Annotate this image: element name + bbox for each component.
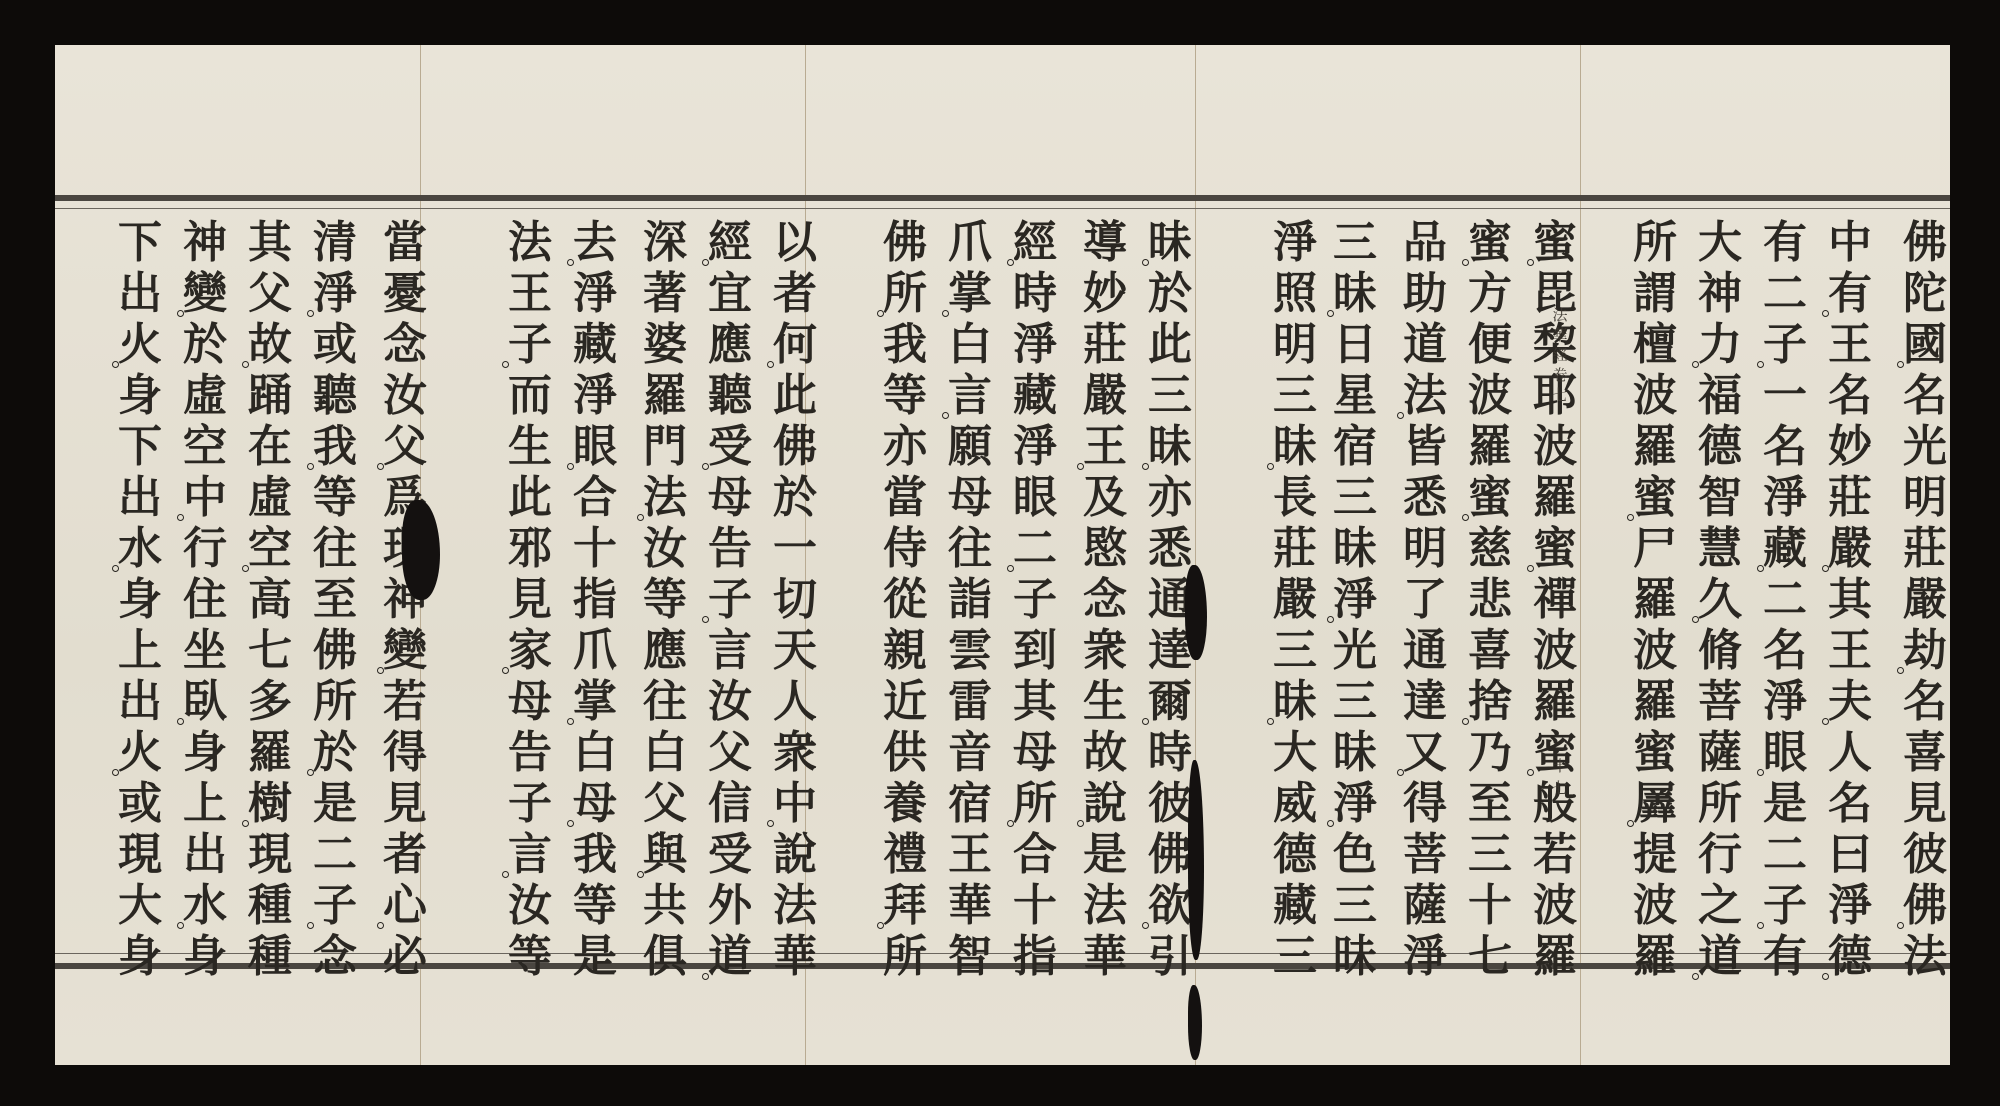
character: 其 bbox=[1013, 676, 1057, 727]
character: 二 bbox=[1763, 268, 1807, 319]
character: 念 bbox=[313, 931, 357, 982]
character: 至 bbox=[1468, 778, 1512, 829]
character: 者 bbox=[383, 829, 427, 880]
character: 去 bbox=[573, 217, 617, 268]
character: 王 bbox=[1828, 319, 1872, 370]
character: 下 bbox=[118, 217, 162, 268]
character: 昧 bbox=[1333, 268, 1377, 319]
character: 告 bbox=[508, 727, 552, 778]
margin-character: 經 bbox=[1552, 345, 1567, 365]
character: 淨 bbox=[1333, 574, 1377, 625]
character: 出 bbox=[183, 829, 227, 880]
character: 當 bbox=[383, 217, 427, 268]
character: 大 bbox=[1273, 727, 1317, 778]
character: 所 bbox=[1633, 217, 1677, 268]
character: 所 bbox=[313, 676, 357, 727]
character: 於 bbox=[313, 727, 357, 778]
character: 母 bbox=[573, 778, 617, 829]
character: 言 bbox=[708, 625, 752, 676]
character: 指 bbox=[1013, 931, 1057, 982]
character: 羅 bbox=[1533, 676, 1577, 727]
character: 名 bbox=[1763, 625, 1807, 676]
character: 見 bbox=[383, 778, 427, 829]
text-column: 導妙莊嚴王及愍念衆生故說是法華 bbox=[1075, 217, 1135, 982]
character: 慈 bbox=[1468, 523, 1512, 574]
text-column: 品助道法皆悉明了通達又得菩薩淨 bbox=[1395, 217, 1455, 982]
character: 佛 bbox=[773, 421, 817, 472]
character: 現 bbox=[118, 829, 162, 880]
character: 聽 bbox=[708, 370, 752, 421]
character: 十 bbox=[1468, 880, 1512, 931]
character: 嚴 bbox=[1083, 370, 1127, 421]
character: 昧 bbox=[1273, 676, 1317, 727]
character: 侍 bbox=[883, 523, 927, 574]
character: 淨 bbox=[1333, 778, 1377, 829]
character: 告 bbox=[708, 523, 752, 574]
character: 雲 bbox=[948, 625, 992, 676]
character: 若 bbox=[1533, 829, 1577, 880]
character: 時 bbox=[1148, 727, 1192, 778]
character: 二 bbox=[1763, 574, 1807, 625]
character: 神 bbox=[183, 217, 227, 268]
character: 應 bbox=[643, 625, 687, 676]
character: 福 bbox=[1698, 370, 1742, 421]
text-column: 下出火身下出水身上出火或現大身 bbox=[110, 217, 170, 982]
character: 助 bbox=[1403, 268, 1447, 319]
character: 了 bbox=[1403, 574, 1447, 625]
character: 於 bbox=[183, 319, 227, 370]
character: 羅 bbox=[1633, 574, 1677, 625]
character: 家 bbox=[508, 625, 552, 676]
character: 慧 bbox=[1698, 523, 1742, 574]
character: 昧 bbox=[1148, 217, 1192, 268]
character: 子 bbox=[313, 880, 357, 931]
character: 長 bbox=[1273, 472, 1317, 523]
character: 光 bbox=[1903, 421, 1947, 472]
character: 又 bbox=[1403, 727, 1447, 778]
character: 法 bbox=[1083, 880, 1127, 931]
character: 捨 bbox=[1468, 676, 1512, 727]
text-column: 佛所我等亦當侍從親近供養禮拜所 bbox=[875, 217, 935, 982]
character: 種 bbox=[248, 931, 292, 982]
character: 多 bbox=[248, 676, 292, 727]
character: 三 bbox=[1468, 829, 1512, 880]
character: 導 bbox=[1083, 217, 1127, 268]
character: 白 bbox=[643, 727, 687, 778]
character: 莊 bbox=[1273, 523, 1317, 574]
character: 淨 bbox=[1763, 676, 1807, 727]
character: 通 bbox=[1403, 625, 1447, 676]
character: 三 bbox=[1333, 880, 1377, 931]
character: 檀 bbox=[1633, 319, 1677, 370]
text-column: 中有王名妙莊嚴其王夫人名曰淨德 bbox=[1820, 217, 1880, 982]
character: 淨 bbox=[313, 268, 357, 319]
character: 我 bbox=[573, 829, 617, 880]
character: 憂 bbox=[383, 268, 427, 319]
character: 在 bbox=[248, 421, 292, 472]
character: 眼 bbox=[1763, 727, 1807, 778]
character: 莊 bbox=[1083, 319, 1127, 370]
character: 親 bbox=[883, 625, 927, 676]
character: 欲 bbox=[1148, 880, 1192, 931]
character: 出 bbox=[118, 472, 162, 523]
character: 昧 bbox=[1333, 727, 1377, 778]
text-column: 淨照明三昧長莊嚴三昧大威德藏三 bbox=[1265, 217, 1325, 982]
character: 臥 bbox=[183, 676, 227, 727]
character: 法 bbox=[1403, 370, 1447, 421]
character: 人 bbox=[773, 676, 817, 727]
character: 我 bbox=[883, 319, 927, 370]
character: 生 bbox=[508, 421, 552, 472]
character: 養 bbox=[883, 778, 927, 829]
character: 子 bbox=[508, 778, 552, 829]
character: 品 bbox=[1403, 217, 1447, 268]
character: 踊 bbox=[248, 370, 292, 421]
character: 智 bbox=[948, 931, 992, 982]
character: 脩 bbox=[1698, 625, 1742, 676]
character: 汝 bbox=[643, 523, 687, 574]
character: 羅 bbox=[1633, 676, 1677, 727]
character: 拜 bbox=[883, 880, 927, 931]
character: 聽 bbox=[313, 370, 357, 421]
character: 法 bbox=[643, 472, 687, 523]
text-column: 去淨藏淨眼合十指爪掌白母我等是 bbox=[565, 217, 625, 982]
character: 往 bbox=[643, 676, 687, 727]
character: 華 bbox=[1083, 931, 1127, 982]
character: 汝 bbox=[708, 676, 752, 727]
character: 火 bbox=[118, 319, 162, 370]
character: 藏 bbox=[1273, 880, 1317, 931]
character: 所 bbox=[883, 268, 927, 319]
text-column: 有二子一名淨藏二名淨眼是二子有 bbox=[1755, 217, 1815, 982]
character: 中 bbox=[773, 778, 817, 829]
character: 爪 bbox=[948, 217, 992, 268]
character: 等 bbox=[313, 472, 357, 523]
character: 經 bbox=[1013, 217, 1057, 268]
character: 七 bbox=[248, 625, 292, 676]
character: 父 bbox=[383, 421, 427, 472]
character: 有 bbox=[1763, 931, 1807, 982]
character: 生 bbox=[1083, 676, 1127, 727]
character: 何 bbox=[773, 319, 817, 370]
character: 名 bbox=[1828, 370, 1872, 421]
character: 願 bbox=[948, 421, 992, 472]
character: 亦 bbox=[883, 421, 927, 472]
character: 身 bbox=[118, 574, 162, 625]
character: 有 bbox=[1763, 217, 1807, 268]
character: 空 bbox=[183, 421, 227, 472]
character: 久 bbox=[1698, 574, 1742, 625]
character: 明 bbox=[1403, 523, 1447, 574]
character: 波 bbox=[1633, 880, 1677, 931]
character: 喜 bbox=[1903, 727, 1947, 778]
character: 從 bbox=[883, 574, 927, 625]
margin-character: 華 bbox=[1552, 325, 1567, 345]
character: 法 bbox=[1903, 931, 1947, 982]
character: 清 bbox=[313, 217, 357, 268]
character: 虛 bbox=[183, 370, 227, 421]
character: 宿 bbox=[948, 778, 992, 829]
character: 上 bbox=[118, 625, 162, 676]
character: 身 bbox=[183, 727, 227, 778]
character: 受 bbox=[708, 829, 752, 880]
character: 王 bbox=[1828, 625, 1872, 676]
character: 汝 bbox=[508, 880, 552, 931]
character: 王 bbox=[1083, 421, 1127, 472]
character: 蜜 bbox=[1533, 523, 1577, 574]
character: 父 bbox=[643, 778, 687, 829]
character: 母 bbox=[948, 472, 992, 523]
character: 子 bbox=[1763, 319, 1807, 370]
character: 法 bbox=[773, 880, 817, 931]
text-column: 佛陀國名光明莊嚴劫名喜見彼佛法 bbox=[1895, 217, 1955, 982]
character: 以 bbox=[773, 217, 817, 268]
character: 出 bbox=[118, 268, 162, 319]
margin-character: 七 bbox=[1552, 385, 1567, 405]
character: 羅 bbox=[1533, 472, 1577, 523]
character: 坐 bbox=[183, 625, 227, 676]
character: 三 bbox=[1273, 931, 1317, 982]
character: 掌 bbox=[573, 676, 617, 727]
character: 切 bbox=[773, 574, 817, 625]
character: 佛 bbox=[1903, 880, 1947, 931]
character: 火 bbox=[118, 727, 162, 778]
character: 波 bbox=[1533, 625, 1577, 676]
character: 名 bbox=[1828, 778, 1872, 829]
character: 淨 bbox=[1828, 880, 1872, 931]
character: 之 bbox=[1698, 880, 1742, 931]
character: 所 bbox=[1698, 778, 1742, 829]
character: 汝 bbox=[383, 370, 427, 421]
character: 合 bbox=[1013, 829, 1057, 880]
character: 蜜 bbox=[1468, 217, 1512, 268]
character: 十 bbox=[1013, 880, 1057, 931]
character: 星 bbox=[1333, 370, 1377, 421]
character: 是 bbox=[573, 931, 617, 982]
character: 其 bbox=[1828, 574, 1872, 625]
character: 水 bbox=[183, 880, 227, 931]
character: 經 bbox=[708, 217, 752, 268]
character: 波 bbox=[1633, 370, 1677, 421]
character: 共 bbox=[643, 880, 687, 931]
character: 十 bbox=[573, 523, 617, 574]
character: 大 bbox=[1698, 217, 1742, 268]
character: 三 bbox=[1333, 472, 1377, 523]
character: 昧 bbox=[1333, 931, 1377, 982]
character: 達 bbox=[1403, 676, 1447, 727]
character: 淨 bbox=[1403, 931, 1447, 982]
character: 悉 bbox=[1403, 472, 1447, 523]
character: 威 bbox=[1273, 778, 1317, 829]
character: 彼 bbox=[1148, 778, 1192, 829]
character: 神 bbox=[1698, 268, 1742, 319]
character: 三 bbox=[1148, 370, 1192, 421]
text-column: 其父故踊在虛空高七多羅樹現種種 bbox=[240, 217, 300, 982]
character: 二 bbox=[313, 829, 357, 880]
character: 及 bbox=[1083, 472, 1127, 523]
character: 亦 bbox=[1148, 472, 1192, 523]
character: 應 bbox=[708, 319, 752, 370]
character: 國 bbox=[1903, 319, 1947, 370]
top-border-rule bbox=[55, 195, 1950, 201]
character: 言 bbox=[508, 829, 552, 880]
character: 明 bbox=[1273, 319, 1317, 370]
character: 佛 bbox=[313, 625, 357, 676]
character: 衆 bbox=[773, 727, 817, 778]
character: 波 bbox=[1468, 370, 1512, 421]
character: 必 bbox=[383, 931, 427, 982]
character: 佛 bbox=[1148, 829, 1192, 880]
character: 人 bbox=[1828, 727, 1872, 778]
text-column: 蜜方便波羅蜜慈悲喜捨乃至三十七 bbox=[1460, 217, 1520, 982]
sutra-folio: 佛陀國名光明莊嚴劫名喜見彼佛法中有王名妙莊嚴其王夫人名曰淨德有二子一名淨藏二名淨… bbox=[55, 45, 1950, 1065]
margin-character: 卷 bbox=[1552, 365, 1567, 385]
character: 或 bbox=[118, 778, 162, 829]
character: 邪 bbox=[508, 523, 552, 574]
character: 說 bbox=[773, 829, 817, 880]
character: 至 bbox=[313, 574, 357, 625]
character: 淨 bbox=[573, 268, 617, 319]
character: 是 bbox=[1763, 778, 1807, 829]
character: 淨 bbox=[1013, 319, 1057, 370]
character: 羅 bbox=[1533, 931, 1577, 982]
character: 於 bbox=[1148, 268, 1192, 319]
character: 二 bbox=[1013, 523, 1057, 574]
text-column: 法王子而生此邪見家母告子言汝等 bbox=[500, 217, 560, 982]
character: 波 bbox=[1533, 421, 1577, 472]
character: 下 bbox=[118, 421, 162, 472]
character: 淨 bbox=[1273, 217, 1317, 268]
character: 眼 bbox=[573, 421, 617, 472]
character: 等 bbox=[508, 931, 552, 982]
character: 受 bbox=[708, 421, 752, 472]
text-column: 深著婆羅門法汝等應往白父與共俱 bbox=[635, 217, 695, 982]
character: 說 bbox=[1083, 778, 1127, 829]
character: 上 bbox=[183, 778, 227, 829]
character: 得 bbox=[383, 727, 427, 778]
character: 子 bbox=[1013, 574, 1057, 625]
character: 水 bbox=[118, 523, 162, 574]
character: 一 bbox=[1763, 370, 1807, 421]
character: 王 bbox=[508, 268, 552, 319]
margin-character: 十 bbox=[1552, 755, 1567, 777]
character: 掌 bbox=[948, 268, 992, 319]
character: 音 bbox=[948, 727, 992, 778]
character: 昧 bbox=[1273, 421, 1317, 472]
character: 母 bbox=[1013, 727, 1057, 778]
character: 是 bbox=[1083, 829, 1127, 880]
character: 德 bbox=[1698, 421, 1742, 472]
character: 菩 bbox=[1698, 676, 1742, 727]
character: 乃 bbox=[1468, 727, 1512, 778]
character: 悲 bbox=[1468, 574, 1512, 625]
character: 薩 bbox=[1403, 880, 1447, 931]
text-column: 經宜應聽受母告子言汝父信受外道 bbox=[700, 217, 760, 982]
character: 樹 bbox=[248, 778, 292, 829]
character: 中 bbox=[1828, 217, 1872, 268]
character: 光 bbox=[1333, 625, 1377, 676]
character: 住 bbox=[183, 574, 227, 625]
character: 中 bbox=[183, 472, 227, 523]
character: 時 bbox=[1013, 268, 1057, 319]
text-column: 大神力福德智慧久脩菩薩所行之道 bbox=[1690, 217, 1750, 982]
character: 外 bbox=[708, 880, 752, 931]
margin-character: 法 bbox=[1552, 305, 1567, 325]
character: 蜜 bbox=[1633, 472, 1677, 523]
character: 夫 bbox=[1828, 676, 1872, 727]
character: 淨 bbox=[1013, 421, 1057, 472]
character: 身 bbox=[118, 931, 162, 982]
character: 眼 bbox=[1013, 472, 1057, 523]
character: 到 bbox=[1013, 625, 1057, 676]
text-column: 所謂檀波羅蜜尸羅波羅蜜羼提波羅 bbox=[1625, 217, 1685, 982]
character: 二 bbox=[1763, 829, 1807, 880]
character: 嚴 bbox=[1273, 574, 1317, 625]
character: 彼 bbox=[1903, 829, 1947, 880]
character: 蜜 bbox=[1633, 727, 1677, 778]
character: 大 bbox=[118, 880, 162, 931]
character: 劫 bbox=[1903, 625, 1947, 676]
character: 皆 bbox=[1403, 421, 1447, 472]
character: 名 bbox=[1903, 676, 1947, 727]
character: 嚴 bbox=[1903, 574, 1947, 625]
character: 妙 bbox=[1083, 268, 1127, 319]
character: 羅 bbox=[643, 370, 687, 421]
character: 見 bbox=[1903, 778, 1947, 829]
character: 佛 bbox=[883, 217, 927, 268]
character: 衆 bbox=[1083, 625, 1127, 676]
character: 王 bbox=[948, 829, 992, 880]
character: 等 bbox=[883, 370, 927, 421]
character: 於 bbox=[773, 472, 817, 523]
character: 信 bbox=[708, 778, 752, 829]
character: 等 bbox=[643, 574, 687, 625]
character: 名 bbox=[1903, 370, 1947, 421]
character: 三 bbox=[1333, 217, 1377, 268]
character: 母 bbox=[708, 472, 752, 523]
character: 力 bbox=[1698, 319, 1742, 370]
text-column: 清淨或聽我等往至佛所於是二子念 bbox=[305, 217, 365, 982]
character: 德 bbox=[1828, 931, 1872, 982]
character: 陀 bbox=[1903, 268, 1947, 319]
margin-title: 法華經卷七 bbox=[1548, 305, 1572, 405]
character: 近 bbox=[883, 676, 927, 727]
character: 喜 bbox=[1468, 625, 1512, 676]
character: 道 bbox=[1698, 931, 1742, 982]
character: 方 bbox=[1468, 268, 1512, 319]
character: 道 bbox=[708, 931, 752, 982]
character: 嚴 bbox=[1828, 523, 1872, 574]
character: 此 bbox=[773, 370, 817, 421]
character: 行 bbox=[183, 523, 227, 574]
character: 三 bbox=[1333, 676, 1377, 727]
character: 變 bbox=[383, 625, 427, 676]
character: 現 bbox=[248, 829, 292, 880]
character: 故 bbox=[248, 319, 292, 370]
character: 子 bbox=[708, 574, 752, 625]
character: 愍 bbox=[1083, 523, 1127, 574]
character: 華 bbox=[948, 880, 992, 931]
character: 深 bbox=[643, 217, 687, 268]
character: 日 bbox=[1333, 319, 1377, 370]
character: 昧 bbox=[1148, 421, 1192, 472]
character: 三 bbox=[1273, 625, 1317, 676]
character: 謂 bbox=[1633, 268, 1677, 319]
character: 見 bbox=[508, 574, 552, 625]
character: 身 bbox=[183, 931, 227, 982]
character: 藏 bbox=[1763, 523, 1807, 574]
character: 七 bbox=[1468, 931, 1512, 982]
